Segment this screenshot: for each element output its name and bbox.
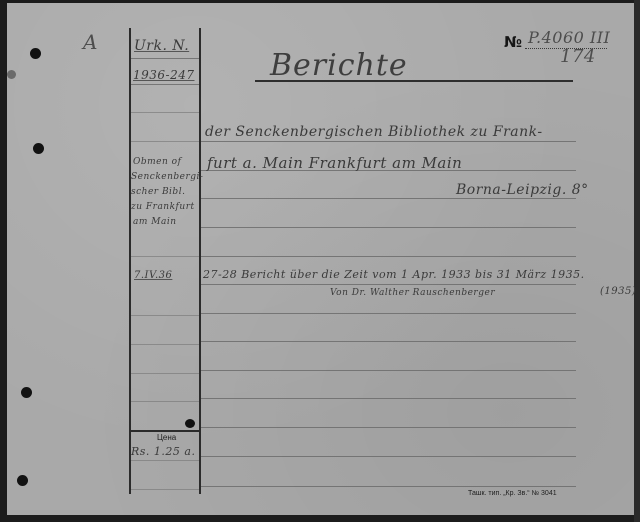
main-rule xyxy=(201,456,576,457)
left-col-rule xyxy=(131,401,199,402)
left-col-rule xyxy=(131,373,199,374)
corner-mark: A xyxy=(83,30,98,54)
main-rule xyxy=(201,198,576,199)
punch-hole xyxy=(185,419,195,428)
punch-hole xyxy=(30,48,41,59)
entry-line-1: der Senckenbergischen Bibliothek zu Fran… xyxy=(205,124,543,140)
source-line: zu Frankfurt xyxy=(131,202,195,212)
main-rule xyxy=(201,313,576,314)
card-title: Berichte xyxy=(270,48,408,83)
source-line: Senckenbergi- xyxy=(131,172,203,182)
left-col-rule xyxy=(131,141,199,142)
call-number-sub: 174 xyxy=(560,46,596,67)
entry-line-2: furt a. Main Frankfurt am Main xyxy=(207,154,462,172)
price-value: Rs. 1.25 a. xyxy=(131,445,195,458)
left-col-rule xyxy=(131,58,199,59)
main-rule xyxy=(201,256,576,257)
price-section-rule xyxy=(131,430,199,432)
holdings-year: (1935) xyxy=(600,286,636,297)
printer-imprint: Ташк. тип. „Кр. Зв.“ № 3041 xyxy=(468,490,557,497)
scan-edge xyxy=(634,0,640,522)
main-rule xyxy=(201,141,576,142)
source-line: Obmen of xyxy=(133,157,181,167)
punch-hole xyxy=(33,143,44,154)
accession-number: 1936-247 xyxy=(133,68,195,82)
punch-hole xyxy=(17,475,28,486)
left-col-rule xyxy=(131,256,199,257)
number-label: № xyxy=(504,33,522,51)
main-rule xyxy=(201,284,576,285)
source-line: scher Bibl. xyxy=(131,187,185,197)
source-line: am Main xyxy=(133,217,177,227)
main-rule xyxy=(201,370,576,371)
column-divider-left xyxy=(129,28,131,494)
price-label: Цена xyxy=(157,433,176,442)
receipt-date: 7.IV.36 xyxy=(134,270,172,281)
main-rule xyxy=(201,227,576,228)
holdings-author: Von Dr. Walther Rauschenberger xyxy=(330,288,495,298)
main-rule xyxy=(201,427,576,428)
punch-hole-faint xyxy=(7,70,16,79)
left-col-rule xyxy=(131,460,199,461)
holdings-line: 27-28 Bericht über die Zeit vom 1 Apr. 1… xyxy=(203,268,585,281)
left-col-rule xyxy=(131,344,199,345)
column-divider-right xyxy=(199,28,201,494)
left-col-rule xyxy=(131,84,199,85)
entry-publisher: Borna-Leipzig. 8° xyxy=(456,182,589,198)
title-underline xyxy=(255,80,573,82)
punch-hole xyxy=(21,387,32,398)
left-col-rule xyxy=(131,315,199,316)
column-header: Urk. N. xyxy=(134,38,189,54)
main-rule xyxy=(201,398,576,399)
call-number: P.4060 III xyxy=(528,28,610,47)
main-rule xyxy=(201,486,576,487)
left-col-rule xyxy=(131,112,199,113)
main-rule xyxy=(201,341,576,342)
left-col-rule xyxy=(131,489,199,490)
